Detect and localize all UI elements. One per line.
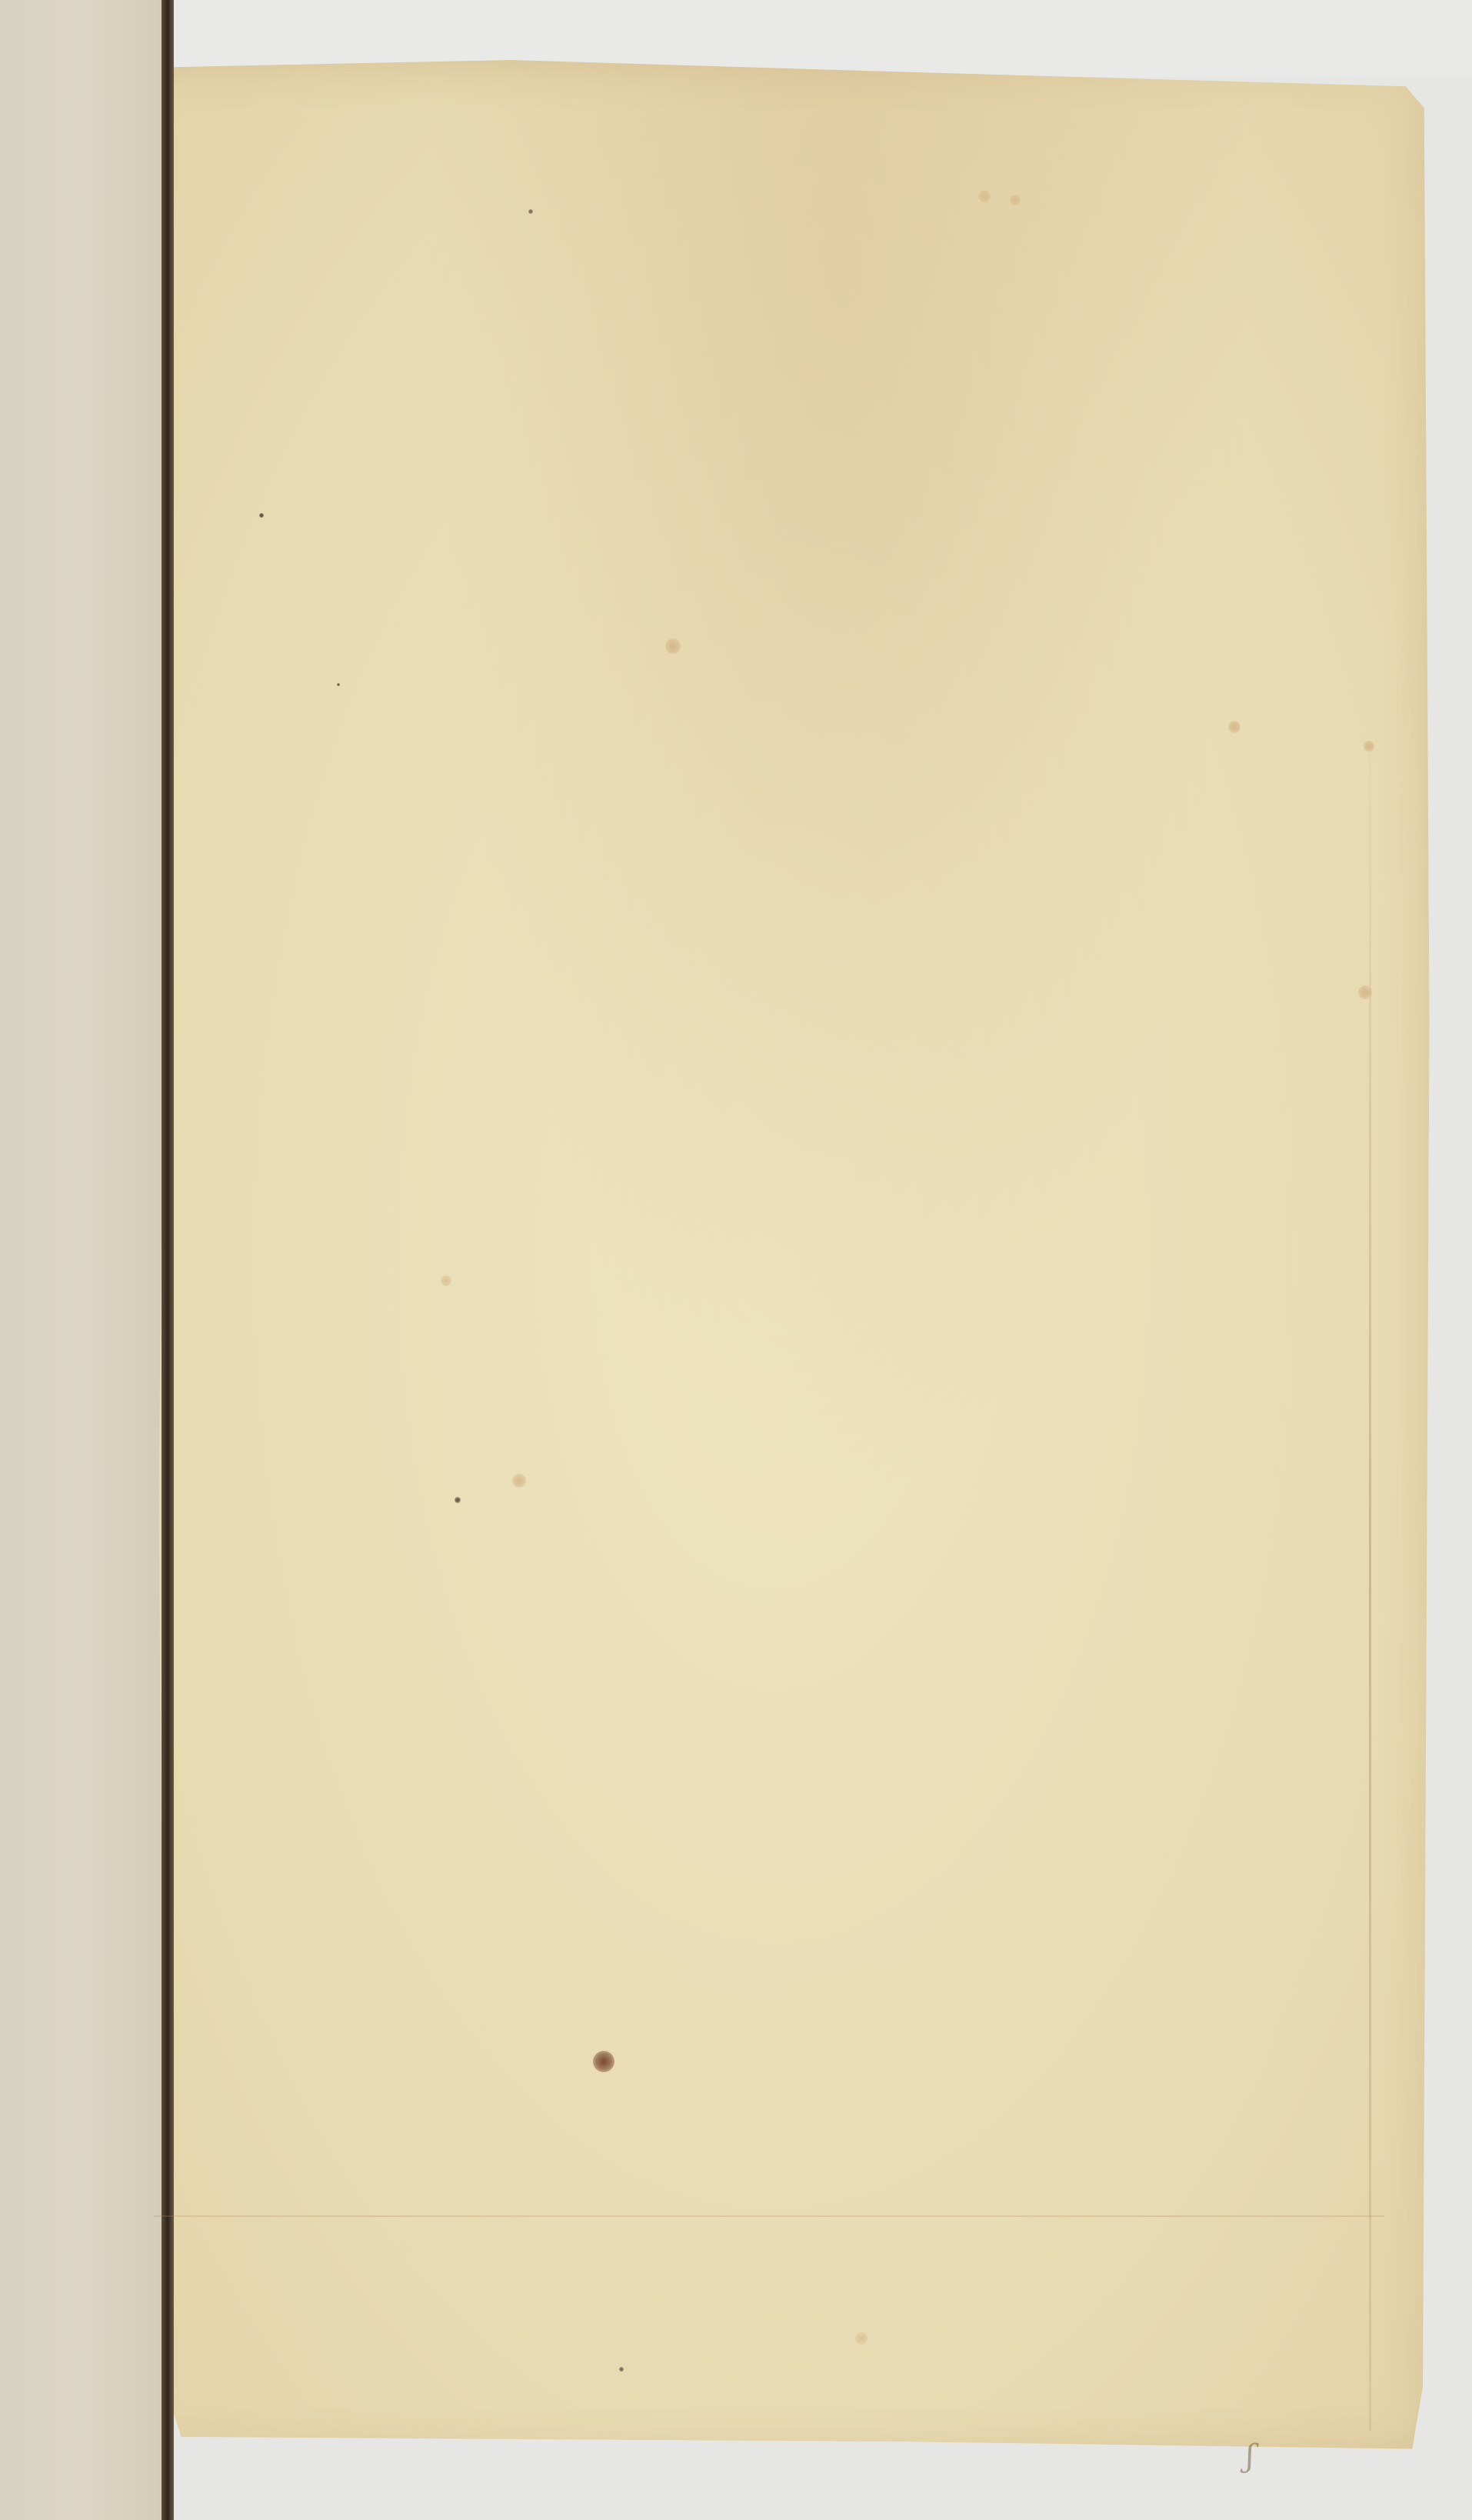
foxing-spot	[665, 638, 681, 654]
horizontal-fold-line	[154, 2215, 1384, 2217]
foxing-spot	[528, 209, 533, 214]
foxing-spot	[1010, 195, 1021, 205]
foxing-spot	[978, 190, 991, 202]
foxing-spot	[1364, 741, 1374, 752]
foxing-spot	[455, 1497, 461, 1503]
foxing-spot	[1358, 985, 1372, 999]
foxing-spot	[593, 2051, 614, 2072]
foxing-spot	[619, 2367, 624, 2372]
flyleaf-page	[0, 0, 163, 2520]
foxing-spot	[259, 513, 264, 518]
faint-pencil-mark: ʃ	[1246, 2438, 1254, 2474]
foxing-spot	[337, 683, 340, 686]
aged-paper-page	[115, 60, 1432, 2458]
foxing-spot	[512, 1474, 526, 1488]
foxing-spot	[855, 2332, 868, 2345]
vertical-crease	[1369, 692, 1371, 2431]
book-spine-gap	[162, 0, 174, 2520]
foxing-spot	[441, 1275, 451, 1286]
foxing-spot	[1228, 721, 1241, 733]
